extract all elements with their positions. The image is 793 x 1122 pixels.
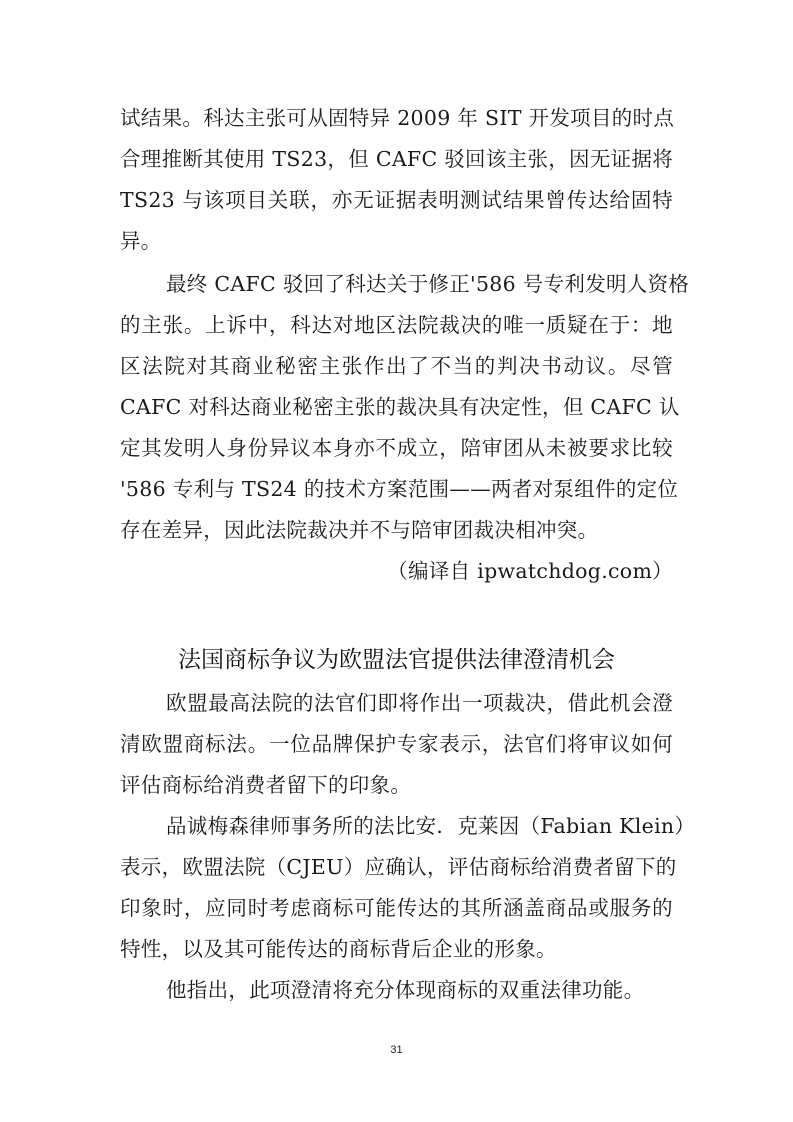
paragraph-line: 异。 xyxy=(120,221,673,262)
paragraph-line: 存在差异，因此法院裁决并不与陪审团裁决相冲突。 xyxy=(120,510,673,551)
paragraph-line: 表示，欧盟法院（CJEU）应确认，评估商标给消费者留下的 xyxy=(120,847,673,888)
paragraph-line: 品诚梅森律师事务所的法比安．克莱因（Fabian Klein） xyxy=(120,806,673,847)
paragraph-line: CAFC 对科达商业秘密主张的裁决具有决定性，但 CAFC 认 xyxy=(120,387,673,428)
paragraph-line: 定其发明人身份异议本身亦不成立，陪审团从未被要求比较 xyxy=(120,428,673,469)
source-note: （编译自 ipwatchdog.com） xyxy=(120,551,673,592)
paragraph-line: 区法院对其商业秘密主张作出了不当的判决书动议。尽管 xyxy=(120,346,673,387)
paragraph-line: '586 专利与 TS24 的技术方案范围——两者对泵组件的定位 xyxy=(120,469,673,510)
paragraph-line: 最终 CAFC 驳回了科达关于修正'586 号专利发明人资格 xyxy=(120,264,673,305)
paragraph-line: 他指出，此项澄清将充分体现商标的双重法律功能。 xyxy=(120,970,673,1011)
paragraph-line: 试结果。科达主张可从固特异 2009 年 SIT 开发项目的时点 xyxy=(120,98,673,139)
paragraph-line: 清欧盟商标法。一位品牌保护专家表示，法官们将审议如何 xyxy=(120,724,673,765)
paragraph-line: 的主张。上诉中，科达对地区法院裁决的唯一质疑在于：地 xyxy=(120,305,673,346)
article-title: 法国商标争议为欧盟法官提供法律澄清机会 xyxy=(120,640,673,680)
paragraph-line: 欧盟最高法院的法官们即将作出一项裁决，借此机会澄 xyxy=(120,683,673,724)
paragraph-line: 印象时，应同时考虑商标可能传达的其所涵盖商品或服务的 xyxy=(120,888,673,929)
paragraph-line: 评估商标给消费者留下的印象。 xyxy=(120,765,673,806)
paragraph-line: TS23 与该项目关联，亦无证据表明测试结果曾传达给固特 xyxy=(120,180,673,221)
paragraph-line: 合理推断其使用 TS23，但 CAFC 驳回该主张，因无证据将 xyxy=(120,139,673,180)
page-number: 31 xyxy=(0,1044,793,1056)
paragraph-line: 特性，以及其可能传达的商标背后企业的形象。 xyxy=(120,929,673,970)
